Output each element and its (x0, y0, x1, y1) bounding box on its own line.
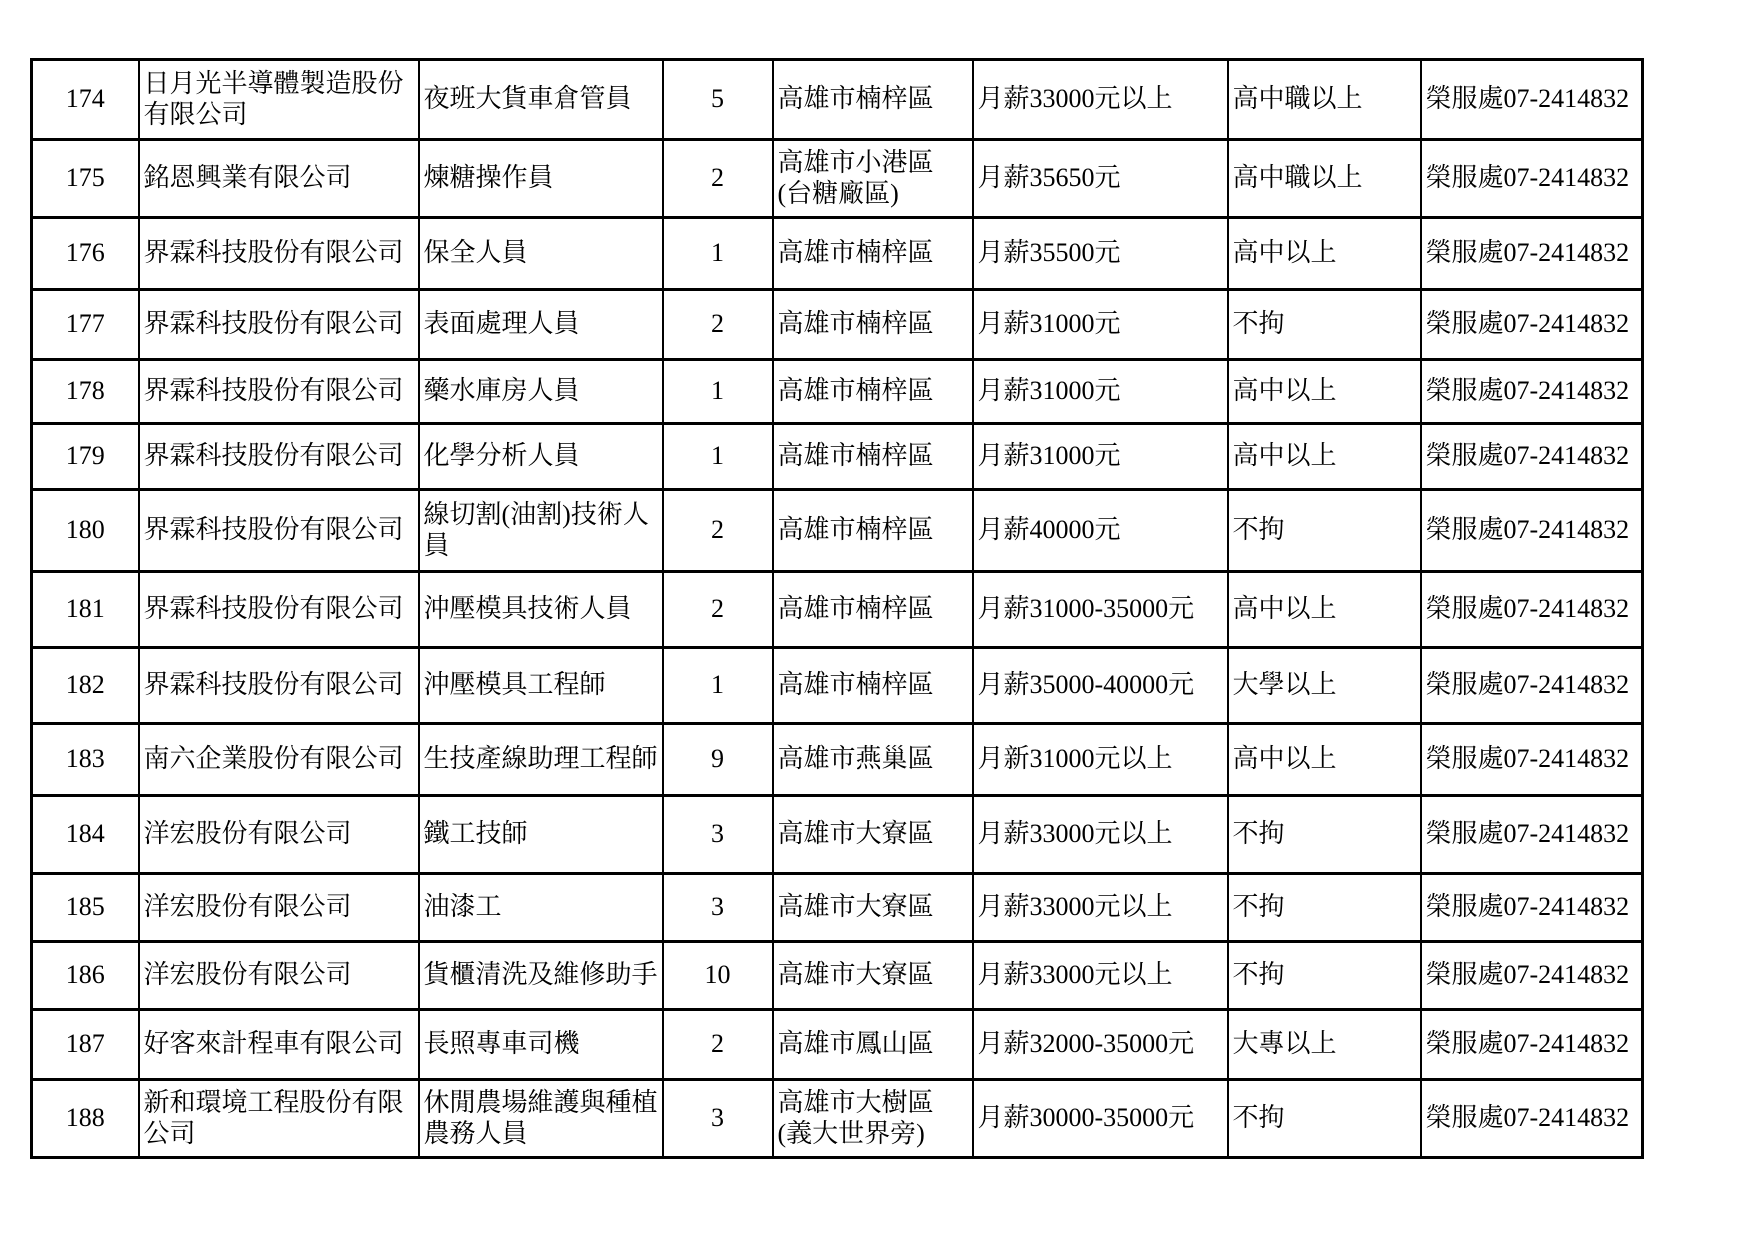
job-listing-table: 174日月光半導體製造股份有限公司夜班大貨車倉管員5高雄市楠梓區月薪33000元… (30, 58, 1644, 1159)
cell-location: 高雄市楠梓區 (773, 360, 973, 424)
cell-salary: 月新31000元以上 (973, 724, 1228, 796)
cell-location: 高雄市楠梓區 (773, 60, 973, 140)
cell-row-number: 183 (32, 724, 139, 796)
cell-openings: 1 (663, 360, 773, 424)
table-row: 179界霖科技股份有限公司化學分析人員1高雄市楠梓區月薪31000元高中以上榮服… (32, 424, 1643, 490)
cell-company: 銘恩興業有限公司 (139, 140, 419, 218)
cell-location: 高雄市楠梓區 (773, 648, 973, 724)
cell-row-number: 186 (32, 942, 139, 1010)
cell-location: 高雄市楠梓區 (773, 572, 973, 648)
cell-location: 高雄市燕巢區 (773, 724, 973, 796)
cell-contact: 榮服處07-2414832 (1421, 874, 1643, 942)
cell-company: 界霖科技股份有限公司 (139, 572, 419, 648)
table-row: 178界霖科技股份有限公司藥水庫房人員1高雄市楠梓區月薪31000元高中以上榮服… (32, 360, 1643, 424)
cell-salary: 月薪30000-35000元 (973, 1080, 1228, 1158)
cell-contact: 榮服處07-2414832 (1421, 218, 1643, 290)
table-row: 185洋宏股份有限公司油漆工3高雄市大寮區月薪33000元以上不拘榮服處07-2… (32, 874, 1643, 942)
cell-salary: 月薪40000元 (973, 490, 1228, 572)
cell-location: 高雄市小港區(台糖廠區) (773, 140, 973, 218)
cell-openings: 2 (663, 290, 773, 360)
cell-contact: 榮服處07-2414832 (1421, 648, 1643, 724)
cell-education: 高中以上 (1228, 218, 1421, 290)
cell-salary: 月薪35500元 (973, 218, 1228, 290)
cell-education: 不拘 (1228, 490, 1421, 572)
cell-education: 高中以上 (1228, 724, 1421, 796)
cell-education: 高中職以上 (1228, 60, 1421, 140)
cell-education: 大學以上 (1228, 648, 1421, 724)
cell-openings: 3 (663, 796, 773, 874)
cell-contact: 榮服處07-2414832 (1421, 290, 1643, 360)
table-row: 180界霖科技股份有限公司線切割(油割)技術人員2高雄市楠梓區月薪40000元不… (32, 490, 1643, 572)
cell-education: 不拘 (1228, 874, 1421, 942)
document-page: 174日月光半導體製造股份有限公司夜班大貨車倉管員5高雄市楠梓區月薪33000元… (0, 0, 1755, 1240)
cell-row-number: 181 (32, 572, 139, 648)
cell-salary: 月薪33000元以上 (973, 60, 1228, 140)
cell-row-number: 174 (32, 60, 139, 140)
cell-company: 界霖科技股份有限公司 (139, 424, 419, 490)
cell-openings: 5 (663, 60, 773, 140)
table-row: 174日月光半導體製造股份有限公司夜班大貨車倉管員5高雄市楠梓區月薪33000元… (32, 60, 1643, 140)
cell-row-number: 176 (32, 218, 139, 290)
cell-openings: 1 (663, 424, 773, 490)
table-row: 175銘恩興業有限公司煉糖操作員2高雄市小港區(台糖廠區)月薪35650元高中職… (32, 140, 1643, 218)
cell-job-title: 化學分析人員 (419, 424, 663, 490)
cell-company: 南六企業股份有限公司 (139, 724, 419, 796)
table-row: 186洋宏股份有限公司貨櫃清洗及維修助手10高雄市大寮區月薪33000元以上不拘… (32, 942, 1643, 1010)
table-row: 183南六企業股份有限公司生技產線助理工程師9高雄市燕巢區月新31000元以上高… (32, 724, 1643, 796)
cell-contact: 榮服處07-2414832 (1421, 1080, 1643, 1158)
cell-education: 不拘 (1228, 290, 1421, 360)
cell-company: 界霖科技股份有限公司 (139, 490, 419, 572)
cell-job-title: 貨櫃清洗及維修助手 (419, 942, 663, 1010)
cell-education: 高中以上 (1228, 424, 1421, 490)
cell-salary: 月薪35000-40000元 (973, 648, 1228, 724)
cell-row-number: 184 (32, 796, 139, 874)
table-row: 177界霖科技股份有限公司表面處理人員2高雄市楠梓區月薪31000元不拘榮服處0… (32, 290, 1643, 360)
cell-education: 高中職以上 (1228, 140, 1421, 218)
cell-location: 高雄市大寮區 (773, 942, 973, 1010)
cell-job-title: 油漆工 (419, 874, 663, 942)
cell-salary: 月薪32000-35000元 (973, 1010, 1228, 1080)
table-row: 176界霖科技股份有限公司保全人員1高雄市楠梓區月薪35500元高中以上榮服處0… (32, 218, 1643, 290)
cell-openings: 2 (663, 140, 773, 218)
cell-job-title: 夜班大貨車倉管員 (419, 60, 663, 140)
cell-company: 洋宏股份有限公司 (139, 796, 419, 874)
cell-company: 好客來計程車有限公司 (139, 1010, 419, 1080)
cell-company: 界霖科技股份有限公司 (139, 218, 419, 290)
cell-location: 高雄市楠梓區 (773, 424, 973, 490)
cell-education: 不拘 (1228, 796, 1421, 874)
cell-job-title: 休閒農場維護與種植農務人員 (419, 1080, 663, 1158)
cell-job-title: 線切割(油割)技術人員 (419, 490, 663, 572)
cell-contact: 榮服處07-2414832 (1421, 360, 1643, 424)
cell-row-number: 188 (32, 1080, 139, 1158)
cell-location: 高雄市楠梓區 (773, 290, 973, 360)
cell-job-title: 長照專車司機 (419, 1010, 663, 1080)
cell-contact: 榮服處07-2414832 (1421, 490, 1643, 572)
cell-contact: 榮服處07-2414832 (1421, 572, 1643, 648)
cell-company: 界霖科技股份有限公司 (139, 360, 419, 424)
cell-salary: 月薪31000元 (973, 290, 1228, 360)
cell-education: 大專以上 (1228, 1010, 1421, 1080)
cell-location: 高雄市大寮區 (773, 874, 973, 942)
cell-salary: 月薪33000元以上 (973, 796, 1228, 874)
cell-contact: 榮服處07-2414832 (1421, 424, 1643, 490)
cell-openings: 3 (663, 874, 773, 942)
cell-job-title: 煉糖操作員 (419, 140, 663, 218)
cell-contact: 榮服處07-2414832 (1421, 796, 1643, 874)
cell-salary: 月薪31000元 (973, 360, 1228, 424)
cell-company: 界霖科技股份有限公司 (139, 290, 419, 360)
cell-education: 高中以上 (1228, 572, 1421, 648)
cell-row-number: 178 (32, 360, 139, 424)
cell-openings: 3 (663, 1080, 773, 1158)
cell-job-title: 沖壓模具技術人員 (419, 572, 663, 648)
cell-openings: 2 (663, 490, 773, 572)
table-row: 182界霖科技股份有限公司沖壓模具工程師1高雄市楠梓區月薪35000-40000… (32, 648, 1643, 724)
cell-openings: 9 (663, 724, 773, 796)
cell-contact: 榮服處07-2414832 (1421, 60, 1643, 140)
table-row: 188新和環境工程股份有限公司休閒農場維護與種植農務人員3高雄市大樹區(義大世界… (32, 1080, 1643, 1158)
cell-row-number: 180 (32, 490, 139, 572)
cell-openings: 2 (663, 572, 773, 648)
cell-row-number: 177 (32, 290, 139, 360)
cell-contact: 榮服處07-2414832 (1421, 942, 1643, 1010)
cell-openings: 1 (663, 218, 773, 290)
cell-company: 新和環境工程股份有限公司 (139, 1080, 419, 1158)
cell-job-title: 沖壓模具工程師 (419, 648, 663, 724)
cell-salary: 月薪31000-35000元 (973, 572, 1228, 648)
table-row: 187好客來計程車有限公司長照專車司機2高雄市鳳山區月薪32000-35000元… (32, 1010, 1643, 1080)
cell-row-number: 179 (32, 424, 139, 490)
cell-openings: 10 (663, 942, 773, 1010)
cell-job-title: 生技產線助理工程師 (419, 724, 663, 796)
cell-job-title: 保全人員 (419, 218, 663, 290)
cell-salary: 月薪33000元以上 (973, 942, 1228, 1010)
cell-location: 高雄市大寮區 (773, 796, 973, 874)
table-row: 184洋宏股份有限公司鐵工技師3高雄市大寮區月薪33000元以上不拘榮服處07-… (32, 796, 1643, 874)
cell-company: 日月光半導體製造股份有限公司 (139, 60, 419, 140)
cell-location: 高雄市楠梓區 (773, 490, 973, 572)
cell-salary: 月薪33000元以上 (973, 874, 1228, 942)
cell-job-title: 鐵工技師 (419, 796, 663, 874)
cell-company: 界霖科技股份有限公司 (139, 648, 419, 724)
cell-location: 高雄市大樹區(義大世界旁) (773, 1080, 973, 1158)
cell-contact: 榮服處07-2414832 (1421, 724, 1643, 796)
cell-row-number: 175 (32, 140, 139, 218)
cell-company: 洋宏股份有限公司 (139, 942, 419, 1010)
cell-location: 高雄市鳳山區 (773, 1010, 973, 1080)
cell-row-number: 187 (32, 1010, 139, 1080)
cell-row-number: 182 (32, 648, 139, 724)
cell-education: 高中以上 (1228, 360, 1421, 424)
cell-job-title: 表面處理人員 (419, 290, 663, 360)
cell-contact: 榮服處07-2414832 (1421, 1010, 1643, 1080)
cell-location: 高雄市楠梓區 (773, 218, 973, 290)
cell-contact: 榮服處07-2414832 (1421, 140, 1643, 218)
cell-company: 洋宏股份有限公司 (139, 874, 419, 942)
cell-salary: 月薪31000元 (973, 424, 1228, 490)
cell-openings: 2 (663, 1010, 773, 1080)
cell-education: 不拘 (1228, 1080, 1421, 1158)
cell-salary: 月薪35650元 (973, 140, 1228, 218)
cell-job-title: 藥水庫房人員 (419, 360, 663, 424)
cell-openings: 1 (663, 648, 773, 724)
cell-education: 不拘 (1228, 942, 1421, 1010)
table-row: 181界霖科技股份有限公司沖壓模具技術人員2高雄市楠梓區月薪31000-3500… (32, 572, 1643, 648)
cell-row-number: 185 (32, 874, 139, 942)
